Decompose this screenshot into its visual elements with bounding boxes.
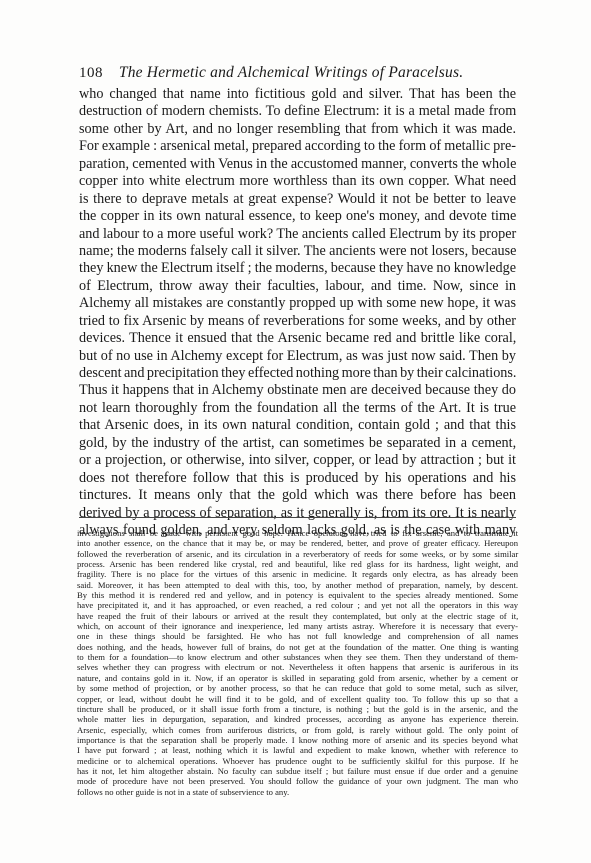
footnote-line: I have put forward ; at least, nothing w… (77, 745, 518, 755)
body-line: is there to deprave metals at great expe… (79, 191, 516, 208)
body-line: tried to fix Arsenic by means of reverbe… (79, 313, 516, 330)
footnote-line: By this method it is rendered red and ye… (77, 590, 518, 600)
body-line: or a projection, or otherwise, into silv… (79, 452, 516, 469)
body-line: For example : arsenical metal, prepared … (79, 138, 516, 155)
footnote-line: has it not, let him altogether abstain. … (77, 766, 518, 776)
footnote-line: Arsenic, especially, which comes from au… (77, 725, 518, 735)
footnote-divider (79, 517, 516, 518)
footnote-line: followed the reverberation of arsenic, a… (77, 549, 518, 559)
body-line: destruction of modern chemists. To defin… (79, 103, 516, 120)
footnote-line: process. Arsenic has been rendered like … (77, 559, 518, 569)
footnote-line: said. Moreover, it has been attempted to… (77, 580, 518, 590)
main-text: who changed that name into fictitious go… (79, 86, 516, 539)
footnote-line: whole matter lies in depurgation, separa… (77, 714, 518, 724)
body-line: but of no use in Alchemy except for Elec… (79, 348, 516, 365)
body-line: not learn thoroughly from the foundation… (79, 400, 516, 417)
footnote-line: which, on account of their ignorance and… (77, 621, 518, 631)
body-line: gold, by the industry of the artist, can… (79, 435, 516, 452)
footnote-line: mode of procedure have not been preserve… (77, 776, 518, 786)
footnote-line: copper, or lead, without doubt he will f… (77, 694, 518, 704)
body-line: that Arsenic does, in its own natural co… (79, 417, 516, 434)
body-line: who changed that name into fictitious go… (79, 86, 516, 103)
footnote-line: by some method of projection, or by anot… (77, 683, 518, 693)
footnote-line: one in these things should be farsighted… (77, 631, 518, 641)
page-header: 108 The Hermetic and Alchemical Writings… (79, 64, 519, 84)
footnote-line: fragility. There is no place for the vir… (77, 569, 518, 579)
footnote-line: follows no other guide is not in a state… (77, 787, 518, 797)
page-number: 108 (79, 65, 103, 81)
body-line: some other by Art, and no longer resembl… (79, 121, 516, 138)
body-line: the copper in its own natural essence, t… (79, 208, 516, 225)
running-title: The Hermetic and Alchemical Writings of … (119, 64, 463, 81)
body-line: copper into white electrum more worthles… (79, 173, 516, 190)
body-line: devices. Thence it ensued that the Arsen… (79, 330, 516, 347)
body-line: descent and precipitation they effected … (79, 365, 516, 382)
footnote-line: to them for a foundation—to know electru… (77, 652, 518, 662)
footnote-line: importance is that the separation shall … (77, 735, 518, 745)
footnote-text: investigations shall be made with persis… (77, 528, 518, 797)
footnote-line: tincture shall be produced, or it shall … (77, 704, 518, 714)
body-line: and labour to a more useful work? The an… (79, 226, 516, 243)
body-line: they knew the Electrum itself ; the mode… (79, 260, 516, 277)
footnote-line: have reaped the fruit of their labours o… (77, 611, 518, 621)
body-line: does not therefore follow that this is p… (79, 470, 516, 487)
footnote-line: medicine or to alchemical operations. Wh… (77, 756, 518, 766)
body-line: of Electrum, throw away their faculties,… (79, 278, 516, 295)
footnote-line: selves whether they can progress with el… (77, 662, 518, 672)
footnote-line: does nothing, and the heads, however ful… (77, 642, 518, 652)
body-line: derived by a process of separation, as i… (79, 505, 516, 522)
body-line: name; the moderns falsely call it silver… (79, 243, 516, 260)
body-line: paration, cemented with Venus in the acc… (79, 156, 516, 173)
footnote-line: into another essence, on the chance that… (77, 538, 518, 548)
footnote-line: nature, and contains gold in it. Now, if… (77, 673, 518, 683)
body-line: Thus it happens that in Alchemy obstinat… (79, 382, 516, 399)
body-line: Alchemy all mistakes are constantly prop… (79, 295, 516, 312)
book-page: 108 The Hermetic and Alchemical Writings… (0, 0, 591, 863)
body-line: tinctures. It means only that the gold w… (79, 487, 516, 504)
footnote-line: investigations shall be made with persis… (77, 528, 518, 538)
footnote-line: have precipitated it, and it has approac… (77, 600, 518, 610)
